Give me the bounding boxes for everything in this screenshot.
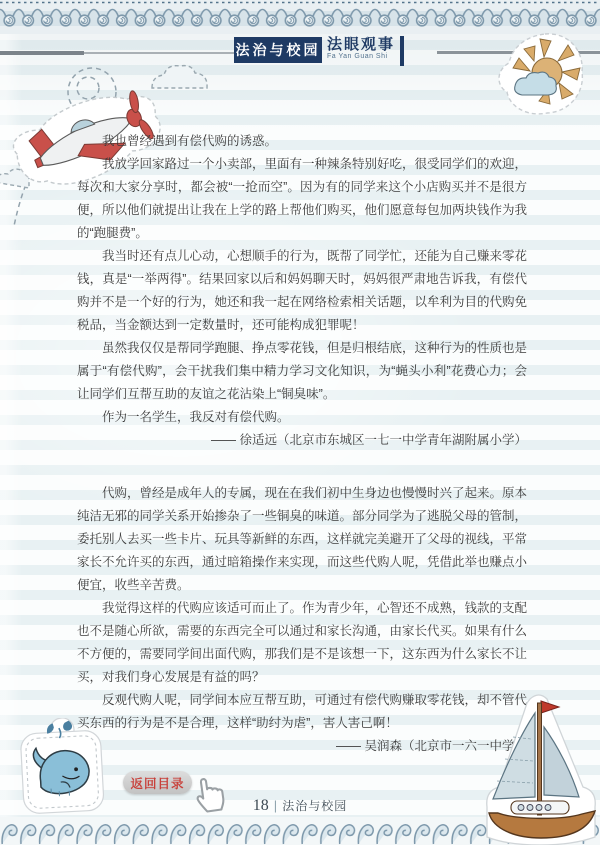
column-subtitle: Fa Yan Guan Shi: [327, 53, 395, 60]
main-sail-icon: [493, 713, 535, 799]
essay2-paragraph: 反观代购人呢，同学间本应互帮互助，可通过有偿代购赚取零花钱，却不管代买东西的行为…: [77, 689, 527, 735]
mast-icon: [538, 703, 542, 815]
essay1-attribution: —— 徐适远（北京市东城区一七一中学青年湖附属小学）: [77, 429, 527, 452]
column-title: 法眼观事: [327, 37, 395, 53]
article-content: 我也曾经遇到有偿代购的诱惑。 我放学回家路过一个小卖部，里面有一种辣条特别好吃，…: [77, 130, 527, 758]
essay-1: 我也曾经遇到有偿代购的诱惑。 我放学回家路过一个小卖部，里面有一种辣条特别好吃，…: [77, 130, 527, 452]
hand-pointer-cursor: [191, 770, 227, 814]
footer-page-name: 法治与校园: [282, 799, 347, 813]
back-to-contents-button[interactable]: 返回目录: [123, 771, 192, 794]
essay1-paragraph: 虽然我仅仅是帮同学跑腿、挣点零花钱，但是归根结底，这种行为的性质也是属于“有偿代…: [77, 337, 527, 406]
footer-separator: |: [274, 798, 277, 813]
page-number: 18: [253, 797, 269, 814]
essay1-paragraph: 我也曾经遇到有偿代购的诱惑。: [77, 130, 527, 153]
essay2-attribution: —— 吴润森（北京市一六一中学）: [77, 735, 527, 758]
essay1-paragraph: 我放学回家路过一个小卖部，里面有一种辣条特别好吃，很受同学们的欢迎，每次和大家分…: [77, 153, 527, 245]
magazine-page: 法治与校园 法眼观事 Fa Yan Guan Shi 我也曾经遇到有偿代购的诱惑…: [0, 0, 600, 845]
column-title-block: 法眼观事 Fa Yan Guan Shi: [327, 37, 395, 60]
essay1-paragraph: 作为一名学生，我反对有偿代购。: [77, 406, 527, 429]
header-vertical-bar: [400, 36, 404, 66]
sailboat-sticker: [483, 693, 600, 845]
sun-cloud-sticker: [490, 28, 590, 120]
essay2-paragraph: 我觉得这样的代购应该适可而止了。作为青少年，心智还不成熟，钱款的支配也不是随心所…: [77, 597, 527, 689]
essay1-paragraph: 我当时还有点儿心动，心想顺手的行为，既帮了同学忙，还能为自己赚来零花钱，真是“一…: [77, 245, 527, 337]
magazine-title-badge: 法治与校园: [234, 37, 322, 63]
essay-2: 代购，曾经是成年人的专属，现在在我们初中生身边也慢慢时兴了起来。原本纯洁无邪的同…: [77, 482, 527, 758]
essay2-paragraph: 代购，曾经是成年人的专属，现在在我们初中生身边也慢慢时兴了起来。原本纯洁无邪的同…: [77, 482, 527, 597]
cloud-outline-icon: [152, 66, 207, 88]
page-header: 法治与校园 法眼观事 Fa Yan Guan Shi: [234, 37, 404, 66]
